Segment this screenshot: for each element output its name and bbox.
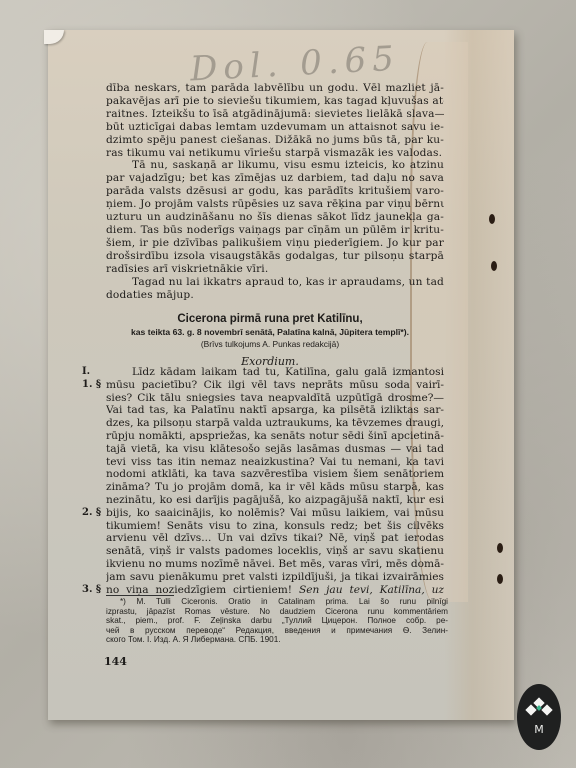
text-line: radīsies arī viskrietnākie vīri. [106,263,444,276]
speech-subtitle: kas teikta 63. g. 8 novembrī senātā, Pal… [80,327,460,337]
translation-credit: (Brīvs tulkojums A. Punkas redakcijā) [80,339,460,349]
margin-label [82,456,106,469]
text-line: ras tikumu vai netikumu vīriešu starpā v… [106,147,444,160]
text-line: Tagad nu lai ikkatrs apraud to, kas ir a… [106,276,444,289]
speech-line: ikvienu no mums nozīmē nāvei. Bet mēs, v… [82,558,444,571]
margin-label [82,520,106,533]
margin-label [82,417,106,430]
watermark-badge: M [517,684,561,750]
footnote: *) M. Tulli Ciceronis. Oratio in Catalin… [106,597,448,645]
text-line: dība neskars, tam parāda labvēlību un go… [106,82,444,95]
margin-label [82,545,106,558]
speech-line: 2. §bijis, ko saaicinājis, ko nolēmis? V… [82,507,444,520]
margin-label: 2. § [82,507,106,520]
text-line: pakavējas arī pie to sieviešu tikumiem, … [106,95,444,108]
speech-line: nodomi atklāti, ka tava sazvērestība vis… [82,468,444,481]
margin-label: I. [82,366,106,379]
speech-line: rūpju nomākti, apspriežas, ka senāts not… [82,430,444,443]
margin-label [82,558,106,571]
paragraph-1: dība neskars, tam parāda labvēlību un go… [106,82,444,159]
footnote-line: ского Том. І. Изд. А. Я Либермана. СПБ. … [106,635,448,645]
speech-line: tikumiem! Senāts visu to zina, konsuls r… [82,520,444,533]
speech-line: senātā, viņš ir valsts padomes loceklis,… [82,545,444,558]
paragraph-3: Tagad nu lai ikkatrs apraud to, kas ir a… [106,276,444,302]
binding-hole-icon [497,543,503,553]
text-line: uzturu un audzināšanu no šīs dienas sāko… [106,211,444,224]
speech-line: tevi viss tas itin nemaz neaizkustina? V… [82,456,444,469]
footnote-line: *) M. Tulli Ciceronis. Oratio in Catalin… [106,597,448,607]
text-line: ņiem. Jo projām valsts rūpēsies uz sava … [106,198,444,211]
speech-line: sies? Cik tālu sniegsies tava neapvaldīt… [82,392,444,405]
margin-label [82,494,106,507]
binding-hole-icon [497,574,503,584]
speech-line: nezinātu, ko esi darījis pagājušā, ko ai… [82,494,444,507]
speech-line: Vai tad tas, ka Palatīnu naktī apsarga, … [82,404,444,417]
speech-line: zināma? Tu jo projām domā, ka ir vēl kād… [82,481,444,494]
monogram-letter: M [534,723,544,736]
speech-line: jam savu pienākumu pret valsti izpildīju… [82,571,444,584]
footnote-divider [106,595,174,596]
margin-label [82,392,106,405]
margin-label [82,532,106,545]
continuation-text: dība neskars, tam parāda labvēlību un go… [106,82,444,301]
margin-label: 3. § [82,584,106,597]
margin-label [82,404,106,417]
speech-title: Cicerona pirmā runa pret Katilīnu, [80,313,460,325]
text-line: šiem, ir pie dzīvības palikušiem viņu pi… [106,237,444,250]
margin-label [82,468,106,481]
speech-line: 1. §mūsu pacietību? Cik ilgi vēl tavs ne… [82,379,444,392]
text-line: drošsirdību izsola visaugstākās godalgas… [106,250,444,263]
text-line: Tā nu, saskaņā ar likumu, visu esmu izte… [106,159,444,172]
italic-continuation: Sen jau tevi, Katilīna, uz [299,584,444,596]
speech-body: I.Līdz kādam laikam tad tu, Katilīna, ga… [82,366,444,596]
footnote-line: чей в русском переводе“ Редакция, введен… [106,626,448,636]
floral-monogram-icon [527,699,551,719]
footnote-line: izprastu, jāpazīst Romas vēsture. No dau… [106,607,448,617]
text-line: diem. Tas būs noderīgs vaiņags par cīņām… [106,224,444,237]
footnote-line: skat., piem., prof. F. Zeļinska darbu „Т… [106,616,448,626]
margin-label [82,443,106,456]
margin-label [82,571,106,584]
binding-hole-icon [489,214,495,224]
text-line: par vajadzīgu; bet kas zīmējas uz darbie… [106,172,444,185]
margin-label [82,430,106,443]
speech-line: I.Līdz kādam laikam tad tu, Katilīna, ga… [82,366,444,379]
binding-hole-icon [491,261,497,271]
margin-label: 1. § [82,379,106,392]
speech-line: dzes, ka pilsoņu starpā valda uztraukums… [82,417,444,430]
speech-line: arvienu vēl dzīvs... Un vai dzīvs tikai?… [82,532,444,545]
paragraph-2: Tā nu, saskaņā ar likumu, visu esmu izte… [106,159,444,275]
text-line: dodaties mājup. [106,289,444,302]
text-line: dzimto spēju panest ciešanas. Dižākā no … [106,134,444,147]
margin-label [82,481,106,494]
text-line: būt uzticīgai dabas lemtam uzdevumam un … [106,121,444,134]
speech-heading: Cicerona pirmā runa pret Katilīnu, kas t… [80,313,460,368]
text-line: raitnes. Izteikšu to īsā atgādinājumā: s… [106,108,444,121]
page-number: 144 [104,655,127,668]
speech-line: tajā vietā, ka visu klātesošo sejās lasā… [82,443,444,456]
text-line: parāda valsts dzēsusi ar godu, kas parād… [106,185,444,198]
